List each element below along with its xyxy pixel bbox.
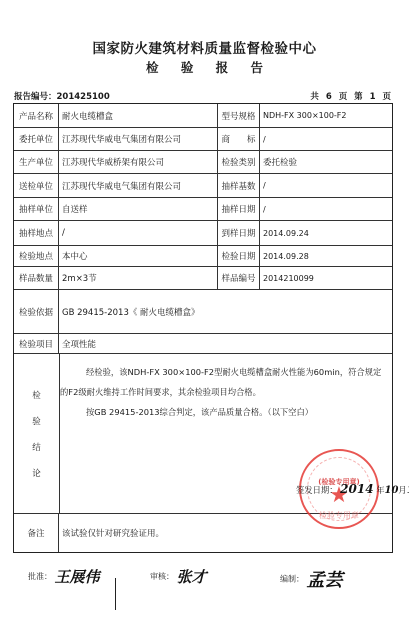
conclusion-label-char: 论 [32, 467, 41, 479]
field-value: 江苏现代华威电气集团有限公司 [59, 174, 218, 197]
sign-month: 10 [385, 485, 399, 496]
field-value: 耐火电缆槽盒 [59, 104, 218, 127]
field-label: 生产单位 [14, 151, 59, 173]
report-number-value: 201425100 [57, 92, 110, 102]
sign-date-label: 签发日期： [296, 485, 338, 495]
items-label: 检验项目 [14, 334, 59, 353]
table-row-items: 检验项目 全项性能 [14, 334, 392, 354]
conclusion-label-char: 检 [32, 389, 41, 401]
field-value: 江苏现代华威电气集团有限公司 [59, 128, 218, 150]
field-value: 2014210099 [260, 267, 392, 289]
field-label: 样品编号 [218, 267, 260, 289]
field-label: 产品名称 [14, 104, 59, 127]
page-info: 共 6 页 第 1 页 [310, 90, 393, 102]
field-label: 抽样日期 [218, 198, 260, 220]
conclusion-label: 检 验 结 论 [14, 354, 60, 513]
conclusion-para2: 按GB 29415-2013综合判定，该产品质量合格。（以下空白） [86, 406, 313, 418]
compile-label: 编制： [280, 575, 304, 584]
review-label: 审核： [150, 572, 174, 581]
signature-stroke [115, 578, 116, 610]
field-value: / [260, 174, 392, 197]
field-label: 商 标 [218, 128, 260, 150]
conclusion-label-char: 结 [32, 441, 41, 453]
field-label: 型号规格 [218, 104, 260, 127]
table-row: 抽样单位 自送样 抽样日期 / [14, 198, 392, 221]
remark-value: 该试验仅针对研究验证用。 [59, 514, 392, 552]
field-label: 委托单位 [14, 128, 59, 150]
table-row: 样品数量 2m×3节 样品编号 2014210099 [14, 267, 392, 290]
sign-year: 2014 [340, 482, 373, 496]
conclusion-body: 经检验，该NDH-FX 300×100-F2型耐火电缆槽盒耐火性能为60min，… [60, 354, 392, 513]
conclusion-para1-line2: 的F2级耐火维持工作时间要求，其余检验项目均合格。 [60, 386, 261, 398]
compile-sig: 孟芸 [307, 570, 343, 591]
table-row: 产品名称 耐火电缆槽盒 型号规格 NDH-FX 300×100-F2 [14, 104, 392, 128]
field-label: 抽样单位 [14, 198, 59, 220]
org-title: 国家防火建筑材料质量监督检验中心 [0, 37, 409, 57]
approve-label: 批准： [28, 572, 52, 581]
field-value: 自送样 [59, 198, 218, 220]
table-row: 委托单位 江苏现代华威电气集团有限公司 商 标 / [14, 128, 392, 151]
field-value: / [59, 221, 218, 245]
table-row-remark: 备注 该试验仅针对研究验证用。 [14, 514, 392, 552]
table-row: 送检单位 江苏现代华威电气集团有限公司 抽样基数 / [14, 174, 392, 198]
field-value: 江苏现代华威桥架有限公司 [59, 151, 218, 173]
field-value: 委托检验 [260, 151, 392, 173]
sign-date: 签发日期： 2014 年10月15日 [296, 482, 409, 496]
field-value: 2m×3节 [59, 267, 218, 289]
field-value: / [260, 198, 392, 220]
table-row: 检验地点 本中心 检验日期 2014.09.28 [14, 246, 392, 267]
doc-title: 检 验 报 告 [0, 58, 409, 76]
approve-signature: 批准： 王展伟 [28, 566, 100, 587]
report-number: 报告编号：201425100 [14, 90, 110, 102]
field-value: / [260, 128, 392, 150]
items-value: 全项性能 [59, 334, 392, 353]
report-number-label: 报告编号： [14, 92, 57, 102]
table-row: 抽样地点 / 到样日期 2014.09.24 [14, 221, 392, 246]
conclusion-label-char: 验 [32, 415, 41, 427]
table-row: 生产单位 江苏现代华威桥架有限公司 检验类别 委托检验 [14, 151, 392, 174]
table-row-basis: 检验依据 GB 29415-2013《 耐火电缆槽盒》 [14, 290, 392, 334]
report-table: 产品名称 耐火电缆槽盒 型号规格 NDH-FX 300×100-F2 委托单位 … [13, 103, 393, 553]
field-label: 抽样地点 [14, 221, 59, 245]
field-value: 本中心 [59, 246, 218, 266]
field-value: 2014.09.24 [260, 221, 392, 245]
approve-sig: 王展伟 [55, 568, 100, 586]
table-row-conclusion: 检 验 结 论 经检验，该NDH-FX 300×100-F2型耐火电缆槽盒耐火性… [14, 354, 392, 514]
field-label: 到样日期 [218, 221, 260, 245]
field-value: 2014.09.28 [260, 246, 392, 266]
compile-signature: 编制： 孟芸 [280, 566, 343, 592]
remark-label: 备注 [14, 514, 59, 552]
conclusion-para1-line1: 经检验，该NDH-FX 300×100-F2型耐火电缆槽盒耐火性能为60min，… [86, 366, 381, 378]
basis-value: GB 29415-2013《 耐火电缆槽盒》 [59, 290, 392, 333]
field-label: 样品数量 [14, 267, 59, 289]
review-sig: 张才 [177, 568, 207, 586]
field-label: 检验地点 [14, 246, 59, 266]
field-label: 检验日期 [218, 246, 260, 266]
month-unit: 月 [398, 485, 406, 495]
review-signature: 审核： 张才 [150, 566, 207, 587]
field-label: 送检单位 [14, 174, 59, 197]
field-label: 检验类别 [218, 151, 260, 173]
field-label: 抽样基数 [218, 174, 260, 197]
year-unit: 年 [376, 485, 384, 495]
basis-label: 检验依据 [14, 290, 59, 333]
field-value: NDH-FX 300×100-F2 [260, 104, 392, 127]
